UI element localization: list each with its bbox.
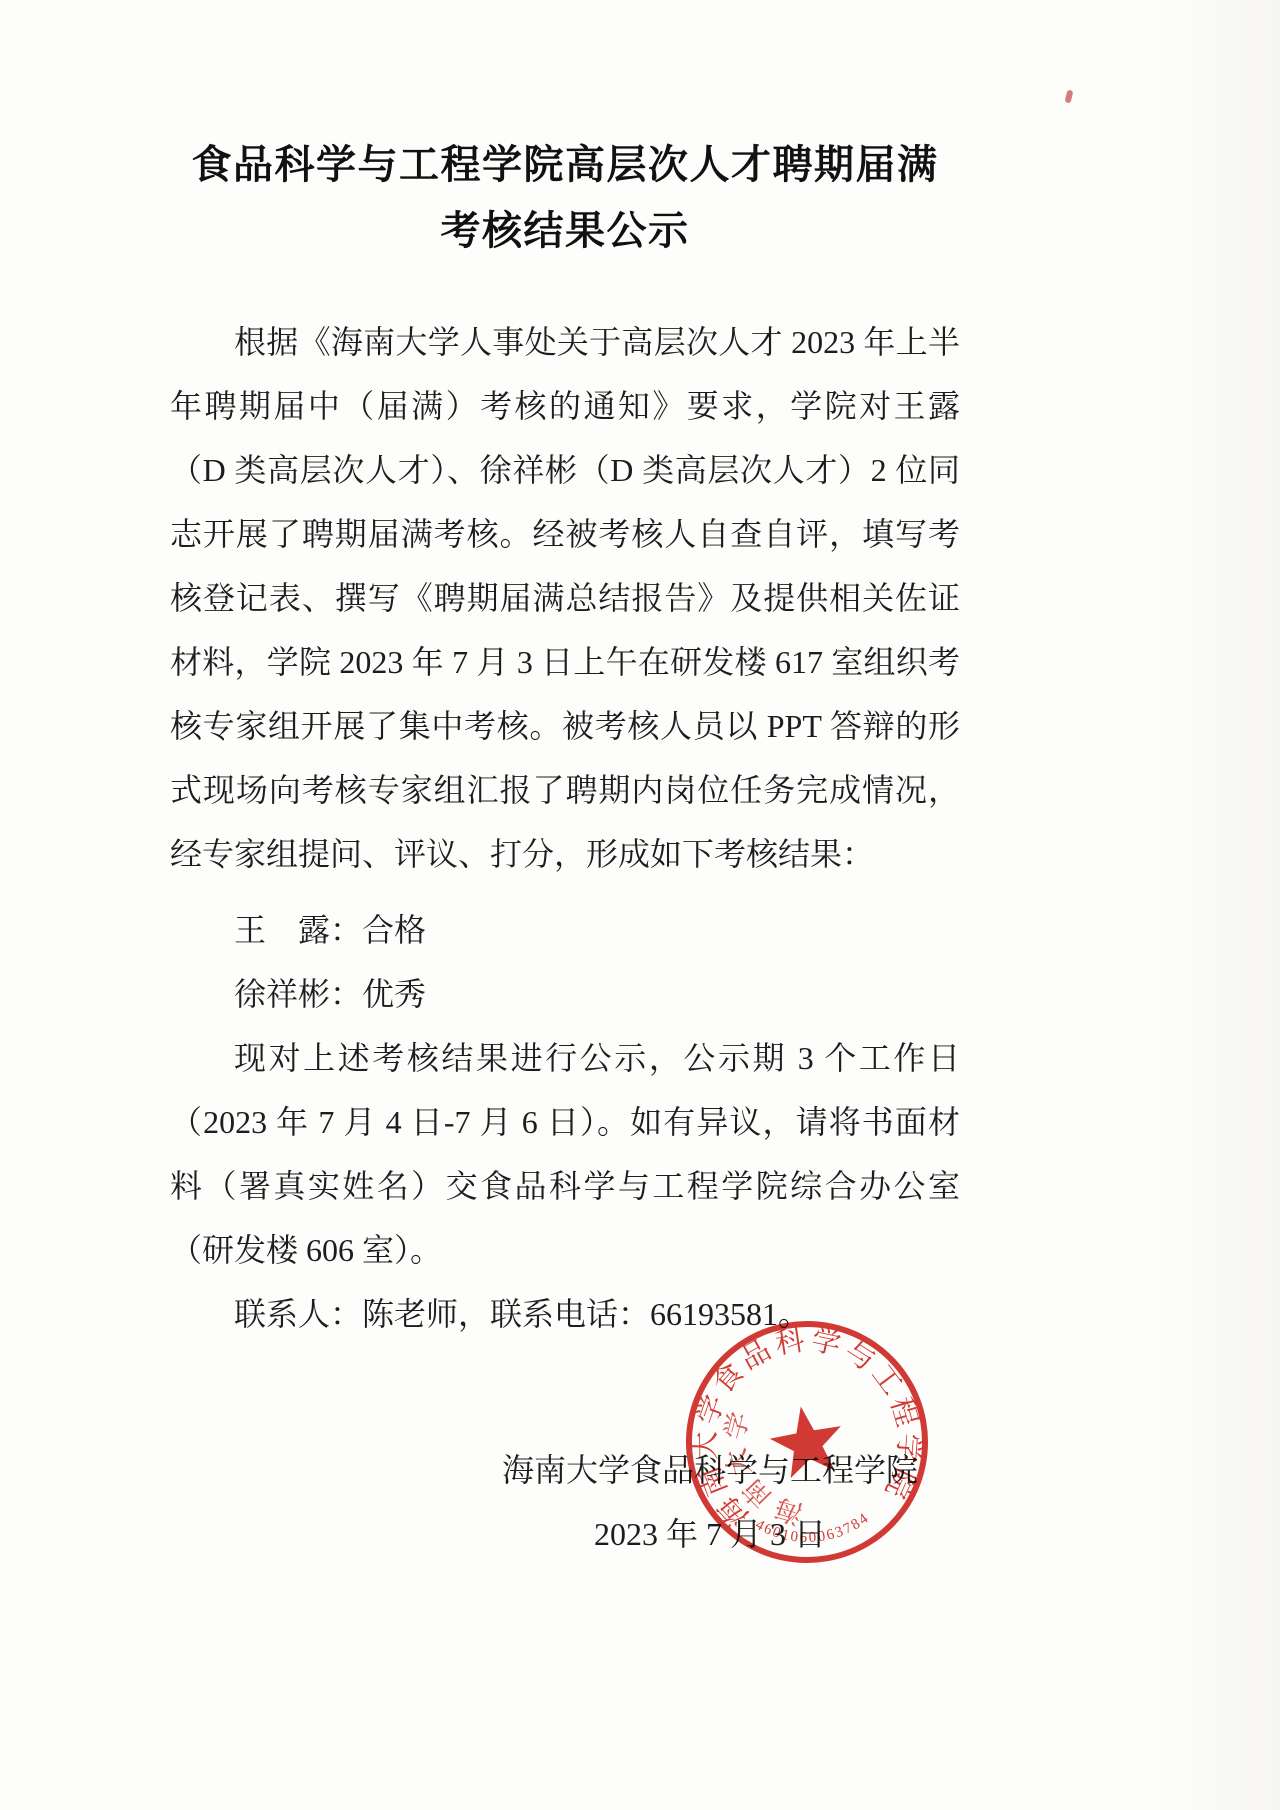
results-section: 王 露：合格 徐祥彬：优秀 [170,898,960,1026]
document-title: 食品科学与工程学院高层次人才聘期届满 考核结果公示 [170,132,960,264]
title-line-1: 食品科学与工程学院高层次人才聘期届满 [170,132,960,198]
result-wang-lu: 王 露：合格 [170,898,960,962]
official-seal-stamp: 海南大学食品科学与工程学院 4601060063784 海南大学 [677,1312,937,1572]
seal-star-icon [765,1400,848,1480]
document-page: 食品科学与工程学院高层次人才聘期届满 考核结果公示 根据《海南大学人事处关于高层… [0,0,1280,1810]
paragraph-publicity: 现对上述考核结果进行公示，公示期 3 个工作日（2023 年 7 月 4 日-7… [170,1026,960,1282]
paragraph-intro: 根据《海南大学人事处关于高层次人才 2023 年上半年聘期届中（届满）考核的通知… [170,310,960,886]
scan-artifact-speck [1065,89,1074,103]
title-line-2: 考核结果公示 [170,198,960,264]
result-xu-xiangbin: 徐祥彬：优秀 [170,962,960,1026]
